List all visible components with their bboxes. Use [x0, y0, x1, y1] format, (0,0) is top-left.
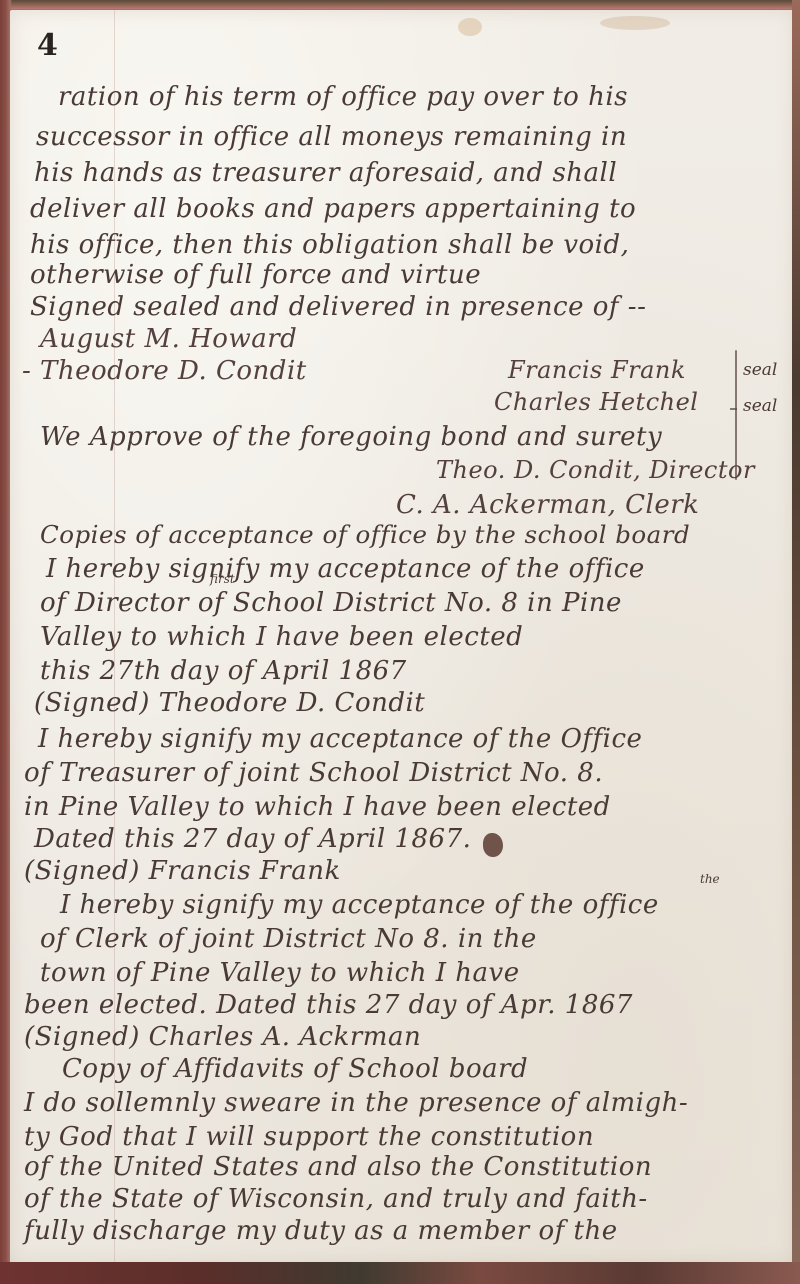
text-line: in Pine Valley to which I have been elec…	[24, 792, 611, 822]
ink-blot	[483, 833, 503, 857]
text-line: his office, then this obligation shall b…	[30, 230, 629, 260]
text-line: of Director of School District No. 8 in …	[40, 588, 622, 618]
text-line: of Treasurer of joint School District No…	[24, 758, 603, 788]
text-line: (Signed) Theodore D. Condit	[34, 688, 425, 718]
ledger-page: 4 ration of his term of office pay over …	[10, 10, 794, 1264]
text-line: of the United States and also the Consti…	[24, 1152, 652, 1182]
text-line: Signed sealed and delivered in presence …	[30, 292, 646, 322]
signer-signature: Charles Hetchel	[494, 388, 698, 416]
book-edge	[792, 0, 800, 1284]
text-line: (Signed) Charles A. Ackrman	[24, 1022, 421, 1052]
text-line: I hereby signify my acceptance of the of…	[60, 890, 659, 920]
text-line: ty God that I will support the constitut…	[24, 1122, 594, 1152]
text-line: fully discharge my duty as a member of t…	[24, 1216, 618, 1246]
text-line: successor in office all moneys remaining…	[36, 122, 627, 152]
text-line: I do sollemnly sweare in the presence of…	[24, 1088, 688, 1118]
section-heading: Copy of Affidavits of School board	[62, 1054, 528, 1084]
seal-label: seal	[743, 360, 777, 380]
seal-brace	[730, 408, 737, 410]
book-edge	[0, 1262, 800, 1284]
text-line: I hereby signify my acceptance of the Of…	[38, 724, 642, 754]
seal-label: seal	[743, 396, 777, 416]
paper-stain	[600, 16, 670, 30]
text-line: Valley to which I have been elected	[40, 622, 523, 652]
section-heading: Copies of acceptance of office by the sc…	[40, 520, 690, 549]
text-line: of the State of Wisconsin, and truly and…	[24, 1184, 648, 1214]
witness-signature: - Theodore D. Condit	[22, 356, 307, 386]
text-line: his hands as treasurer aforesaid, and sh…	[34, 158, 617, 188]
text-line: been elected. Dated this 27 day of Apr. …	[24, 990, 633, 1020]
text-line: this 27th day of April 1867	[40, 656, 407, 686]
text-line: We Approve of the foregoing bond and sur…	[40, 422, 662, 452]
text-line: Dated this 27 day of April 1867.	[34, 824, 471, 854]
text-line: of Clerk of joint District No 8. in the	[40, 924, 537, 954]
text-line: town of Pine Valley to which I have	[40, 958, 520, 988]
witness-signature: August M. Howard	[40, 324, 297, 354]
signer-signature: Francis Frank	[508, 356, 686, 384]
interlinear-insertion: first	[210, 572, 235, 586]
director-signature: Theo. D. Condit, Director	[436, 456, 755, 484]
text-line: ration of his term of office pay over to…	[58, 82, 628, 112]
clerk-signature: C. A. Ackerman, Clerk	[396, 490, 699, 520]
interlinear-insertion: the	[700, 872, 720, 886]
paper-stain	[458, 18, 482, 36]
document-scan: 4 ration of his term of office pay over …	[0, 0, 800, 1284]
text-line: otherwise of full force and virtue	[30, 260, 481, 290]
page-number: 4	[37, 28, 58, 63]
text-line: (Signed) Francis Frank	[24, 856, 341, 886]
text-line: I hereby signify my acceptance of the of…	[46, 554, 645, 584]
text-line: deliver all books and papers appertainin…	[30, 194, 636, 224]
